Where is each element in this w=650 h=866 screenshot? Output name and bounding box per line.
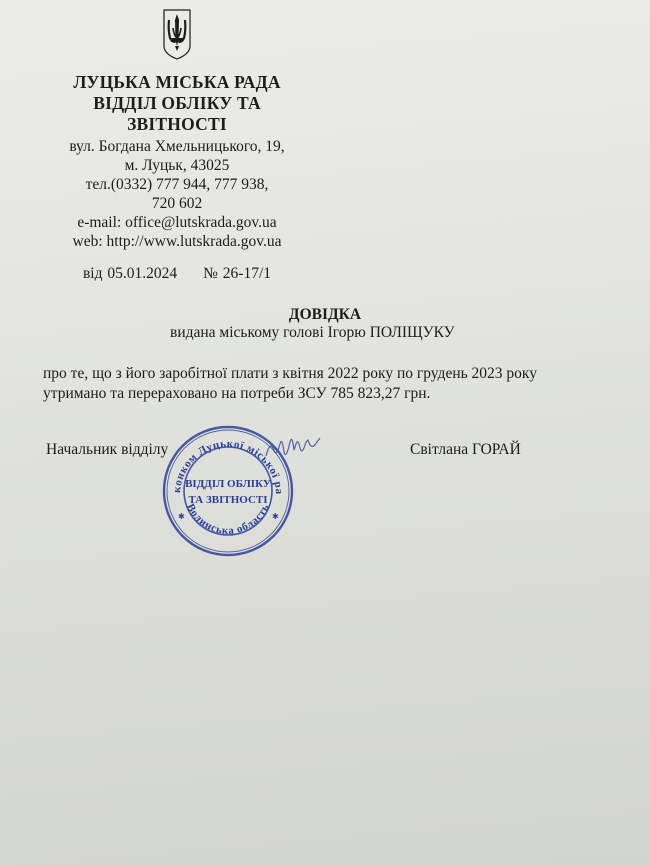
phone-line-2: 720 602	[40, 194, 314, 213]
document-title: ДОВІДКА	[0, 306, 650, 324]
org-line-1: ЛУЦЬКА МІСЬКА РАДА	[40, 72, 314, 93]
org-line-2: ВІДДІЛ ОБЛІКУ ТА	[40, 93, 314, 114]
stamp-center-line-2: ТА ЗВІТНОСТІ	[188, 494, 267, 506]
phone-line-1: тел.(0332) 777 944, 777 938,	[40, 175, 314, 194]
org-line-3: ЗВІТНОСТІ	[40, 114, 314, 135]
handwritten-signature	[262, 430, 322, 466]
stamp-star-icon: ✱	[272, 512, 279, 521]
signer-name: Світлана ГОРАЙ	[410, 441, 521, 459]
stamp-star-icon: ✱	[178, 512, 185, 521]
body-line-2: утримано та перераховано на потреби ЗСУ …	[43, 384, 623, 404]
web-line: web: http://www.lutskrada.gov.ua	[40, 232, 314, 251]
stamp-center-line-1: ВІДДІЛ ОБЛІКУ	[185, 478, 271, 490]
document-number: № 26-17/1	[203, 265, 271, 282]
document-page: ЛУЦЬКА МІСЬКА РАДА ВІДДІЛ ОБЛІКУ ТА ЗВІТ…	[0, 0, 650, 866]
address-line-1: вул. Богдана Хмельницького, 19,	[40, 137, 314, 156]
email-line: e-mail: office@lutskrada.gov.ua	[40, 213, 314, 232]
registration-line: від 05.01.2024№ 26-17/1	[40, 265, 314, 283]
document-date: від 05.01.2024	[83, 265, 177, 282]
stamp-outer-bottom: Волинська область	[184, 502, 272, 537]
contact-block: вул. Богдана Хмельницького, 19, м. Луцьк…	[40, 137, 314, 251]
svg-text:Волинська область: Волинська область	[184, 502, 272, 537]
document-body: про те, що з його заробітної плати з кві…	[43, 364, 623, 403]
coat-of-arms-icon	[162, 8, 192, 60]
document-subtitle: видана міському голові Ігорю ПОЛІЩУКУ	[170, 324, 455, 342]
body-line-1: про те, що з його заробітної плати з кві…	[43, 364, 623, 384]
signer-position: Начальник відділу	[46, 441, 168, 459]
letterhead: ЛУЦЬКА МІСЬКА РАДА ВІДДІЛ ОБЛІКУ ТА ЗВІТ…	[40, 8, 314, 283]
address-line-2: м. Луцьк, 43025	[40, 156, 314, 175]
organization-name: ЛУЦЬКА МІСЬКА РАДА ВІДДІЛ ОБЛІКУ ТА ЗВІТ…	[40, 72, 314, 135]
